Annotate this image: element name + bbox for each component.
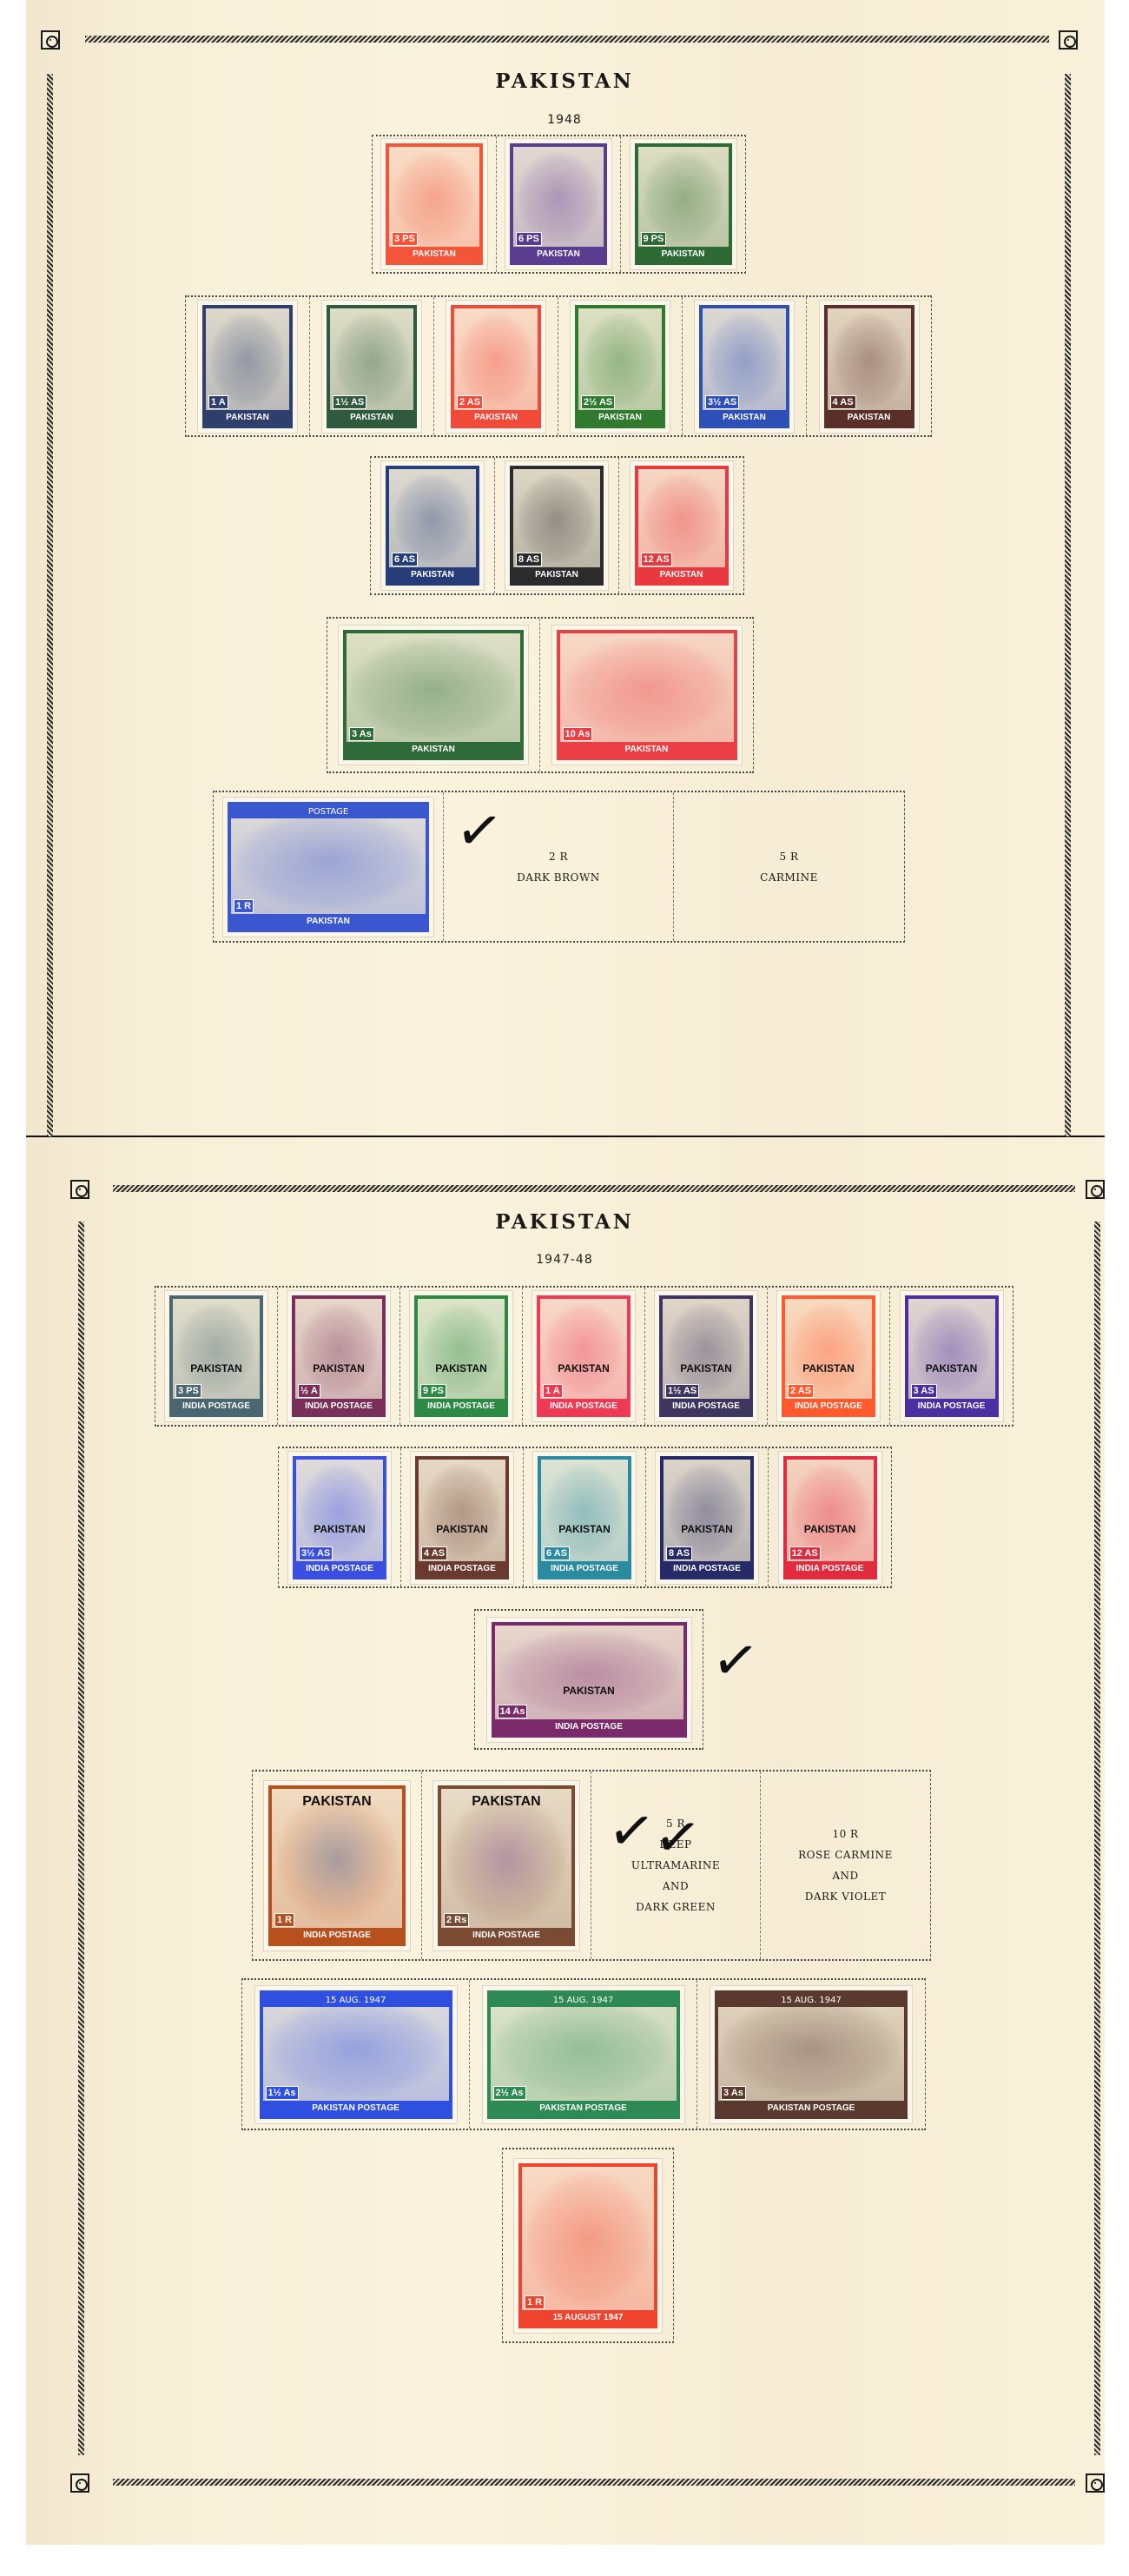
stamp-denomination: 4 AS	[830, 395, 856, 409]
stamp-denomination: 1 A	[543, 1384, 563, 1398]
stamp-vignette	[545, 1304, 622, 1394]
stamp-vignette	[178, 1304, 254, 1394]
stamp-overprint: PAKISTAN	[296, 1523, 383, 1535]
page-title: PAKISTAN	[0, 1210, 1129, 1234]
stamp-overprint: PAKISTAN	[418, 1362, 505, 1374]
stamp-overprint: PAKISTAN	[663, 1362, 749, 1374]
stamp-label: PAKISTAN	[513, 247, 604, 262]
stamp-vignette	[300, 1304, 377, 1394]
stamp-space: INDIA POSTAGE14 AsPAKISTAN	[475, 1611, 703, 1748]
stamp-space: PAKISTAN8 AS	[495, 458, 619, 593]
stamp-denomination: 3 PS	[392, 232, 418, 246]
stamp-space: PAKISTAN9 PS	[621, 136, 745, 272]
space-color-name: ROSE CARMINE	[798, 1844, 893, 1865]
stamp-label: INDIA POSTAGE	[419, 1561, 505, 1576]
issue-year: 1948	[0, 113, 1129, 127]
stamp[interactable]: PAKISTAN2 AS	[451, 305, 541, 428]
stamp-label: INDIA POSTAGE	[418, 1399, 505, 1414]
stamp-vignette	[496, 1999, 671, 2096]
stamp-space: PAKISTAN6 PS	[497, 136, 621, 272]
stamp-top-text: 15 AUG. 1947	[491, 1994, 677, 2007]
checkmark-icon: ✓✓	[604, 1801, 704, 1869]
stamp-vignette	[584, 314, 657, 406]
stamp-label: INDIA POSTAGE	[272, 1928, 402, 1943]
stamp-vignette	[546, 1465, 623, 1557]
stamp-space: INDIA POSTAGE1½ ASPAKISTAN	[645, 1288, 768, 1425]
stamp-label: PAKISTAN	[330, 410, 413, 425]
stamp[interactable]: INDIA POSTAGE8 ASPAKISTAN	[660, 1456, 754, 1579]
stamp[interactable]: PAKISTAN8 AS	[510, 466, 604, 586]
stamp[interactable]: INDIA POSTAGE1½ ASPAKISTAN	[659, 1295, 753, 1417]
stamp-denomination: 2½ As	[493, 2086, 526, 2100]
stamp-label: INDIA POSTAGE	[441, 1928, 571, 1943]
stamp-vignette	[518, 152, 598, 242]
stamp-vignette	[394, 474, 471, 563]
corner-ornament-icon	[1086, 2473, 1105, 2493]
stamp-row: INDIA POSTAGE14 AsPAKISTAN	[474, 1609, 703, 1750]
stamp-vignette	[527, 2172, 649, 2306]
stamp-space: INDIA POSTAGE2 RsPAKISTAN	[422, 1771, 591, 1959]
stamp-overprint: PAKISTAN	[441, 1794, 571, 1810]
stamp-label: PAKISTAN POSTAGE	[491, 2101, 677, 2116]
stamp-space: INDIA POSTAGE1 APAKISTAN	[523, 1288, 645, 1425]
space-value: 10 R	[832, 1824, 858, 1844]
corner-ornament-icon	[70, 2473, 89, 2493]
stamp-denomination: 1 R	[274, 1913, 294, 1927]
stamp[interactable]: PAKISTAN1½ AS	[327, 305, 417, 428]
stamp-overprint: PAKISTAN	[541, 1523, 628, 1535]
stamp-vignette	[914, 1304, 990, 1394]
stamp-vignette	[500, 1631, 678, 1715]
space-color-name: DARK VIOLET	[805, 1886, 887, 1907]
stamp-vignette	[708, 314, 781, 406]
rope-border-bottom	[113, 2479, 1075, 2486]
stamp-label: INDIA POSTAGE	[908, 1399, 995, 1414]
stamp-space: PAKISTAN3 PS	[373, 136, 497, 272]
stamp-space: INDIA POSTAGE3 PSPAKISTAN	[155, 1288, 278, 1425]
stamp-label: INDIA POSTAGE	[663, 1399, 749, 1414]
stamp[interactable]: INDIA POSTAGE3 PSPAKISTAN	[169, 1295, 263, 1417]
stamp-denomination: 8 AS	[516, 553, 542, 566]
stamp-space: INDIA POSTAGE8 ASPAKISTAN	[646, 1448, 769, 1586]
stamp-row: INDIA POSTAGE3½ ASPAKISTANINDIA POSTAGE4…	[278, 1447, 892, 1588]
stamp-vignette	[518, 474, 595, 563]
stamp-denomination: 4 AS	[421, 1546, 447, 1560]
space-color-name: DARK BROWN	[517, 867, 600, 888]
checkmark-icon: ✓	[452, 801, 506, 863]
stamp-space: PAKISTAN10 As	[540, 619, 753, 771]
stamp-space: INDIA POSTAGE9 PSPAKISTAN	[400, 1288, 523, 1425]
stamp-vignette	[277, 1794, 397, 1924]
stamp-space: PAKISTAN12 AS	[619, 458, 743, 593]
stamp-space: 15 AUGUST 19471 R	[503, 2149, 673, 2341]
stamp-label: PAKISTAN	[513, 567, 600, 582]
stamp-denomination: 2 Rs	[444, 1913, 469, 1927]
stamp-vignette	[446, 1794, 566, 1924]
stamp[interactable]: INDIA POSTAGE2 ASPAKISTAN	[782, 1295, 875, 1417]
space-color-name: AND	[663, 1876, 689, 1897]
stamp-label: INDIA POSTAGE	[296, 1561, 383, 1576]
stamp[interactable]: PAKISTAN9 PS	[635, 143, 732, 265]
stamp-label: PAKISTAN	[231, 914, 426, 929]
corner-ornament-icon	[1086, 1180, 1105, 1199]
stamp-overprint: PAKISTAN	[787, 1523, 874, 1535]
stamp-denomination: 2 AS	[457, 395, 483, 409]
rope-border-top	[113, 1185, 1075, 1192]
stamp-denomination: 10 As	[563, 727, 593, 741]
stamp-space: PAKISTAN4 AS	[807, 297, 931, 435]
stamp-overprint: PAKISTAN	[908, 1362, 995, 1374]
stamp[interactable]: PAKISTAN3½ AS	[699, 305, 789, 428]
stamp[interactable]: INDIA POSTAGE12 ASPAKISTAN	[783, 1456, 877, 1579]
stamp-label: 15 AUGUST 1947	[522, 2310, 654, 2325]
stamp-space: 15 AUG. 1947PAKISTAN POSTAGE2½ As	[470, 1980, 697, 2129]
stamp-row: PAKISTAN6 ASPAKISTAN8 ASPAKISTAN12 AS	[370, 456, 744, 595]
stamp-top-text: POSTAGE	[231, 805, 426, 818]
stamp-space: INDIA POSTAGE6 ASPAKISTAN	[524, 1448, 646, 1586]
stamp-vignette	[792, 1465, 868, 1557]
stamp[interactable]: INDIA POSTAGE4 ASPAKISTAN	[415, 1456, 509, 1579]
stamp-vignette	[644, 152, 723, 242]
stamp-vignette	[668, 1304, 744, 1394]
stamp-overprint: PAKISTAN	[540, 1362, 627, 1374]
stamp-denomination: 9 PS	[641, 232, 667, 246]
space-color-name: DARK GREEN	[636, 1897, 716, 1917]
stamp-denomination: 2 AS	[788, 1384, 814, 1398]
stamp-denomination: 3 PS	[175, 1384, 201, 1398]
stamp-denomination: 1 R	[234, 899, 254, 913]
stamp-row: PAKISTAN1 APAKISTAN1½ ASPAKISTAN2 ASPAKI…	[185, 295, 932, 437]
stamp-space: PAKISTAN6 AS	[371, 458, 495, 593]
stamp-vignette	[723, 1999, 899, 2096]
stamp-label: PAKISTAN	[347, 742, 520, 757]
stamp-space: INDIA POSTAGE½ APAKISTAN	[278, 1288, 400, 1425]
stamp-top-text: 15 AUG. 1947	[263, 1994, 449, 2007]
stamp-label: PAKISTAN	[206, 410, 289, 425]
stamp[interactable]: 15 AUG. 1947PAKISTAN POSTAGE1½ As	[260, 1990, 452, 2119]
stamp-label: PAKISTAN	[454, 410, 538, 425]
stamp-label: PAKISTAN	[828, 410, 911, 425]
stamp-label: PAKISTAN	[638, 247, 729, 262]
stamp-space: INDIA POSTAGE1 RPAKISTAN	[253, 1771, 422, 1959]
stamp[interactable]: INDIA POSTAGE9 PSPAKISTAN	[414, 1295, 508, 1417]
stamp-label: PAKISTAN	[638, 567, 725, 582]
stamp-denomination: ½ A	[298, 1384, 320, 1398]
stamp[interactable]: 15 AUGUST 19471 R	[518, 2163, 657, 2328]
stamp-overprint: PAKISTAN	[785, 1362, 872, 1374]
stamp-denomination: 3½ AS	[705, 395, 739, 409]
stamp[interactable]: PAKISTAN6 AS	[386, 466, 479, 586]
stamp-vignette	[790, 1304, 867, 1394]
page-divider	[26, 1136, 1105, 1137]
page-title: PAKISTAN	[0, 70, 1129, 93]
stamp-row: 15 AUG. 1947PAKISTAN POSTAGE1½ As15 AUG.…	[241, 1978, 926, 2130]
stamp-space: PAKISTAN1½ AS	[310, 297, 434, 435]
stamp[interactable]: 15 AUG. 1947PAKISTAN POSTAGE2½ As	[487, 1990, 680, 2119]
stamp-label: INDIA POSTAGE	[173, 1399, 260, 1414]
issue-year: 1947-48	[0, 1253, 1129, 1267]
stamp-space: 15 AUG. 1947PAKISTAN POSTAGE3 As	[697, 1980, 925, 2129]
stamp[interactable]: PAKISTAN1 A	[202, 305, 293, 428]
rope-border-left	[78, 1222, 84, 2455]
stamp-denomination: 14 As	[498, 1705, 528, 1718]
stamp-row: PAKISTAN3 PSPAKISTAN6 PSPAKISTAN9 PS	[372, 135, 746, 274]
stamp-denomination: 12 AS	[641, 553, 672, 566]
stamp-denomination: 6 AS	[544, 1546, 570, 1560]
corner-ornament-icon	[70, 1180, 89, 1199]
stamp[interactable]: INDIA POSTAGE2 RsPAKISTAN	[438, 1785, 575, 1946]
stamp[interactable]: PAKISTAN10 As	[557, 630, 737, 760]
stamp[interactable]: PAKISTAN4 AS	[824, 305, 914, 428]
stamp-row: POSTAGEPAKISTAN1 R2 RDARK BROWN5 RCARMIN…	[213, 791, 905, 943]
stamp-vignette	[669, 1465, 745, 1557]
stamp-label: PAKISTAN	[703, 410, 786, 425]
stamp-denomination: 3 As	[349, 727, 374, 741]
stamp-label: INDIA POSTAGE	[495, 1719, 683, 1734]
stamp-denomination: 12 AS	[789, 1546, 821, 1560]
stamp-space: 15 AUG. 1947PAKISTAN POSTAGE1½ As	[242, 1980, 470, 2129]
empty-stamp-space: 10 RROSE CARMINEANDDARK VIOLET	[761, 1771, 930, 1959]
stamp-overprint: PAKISTAN	[419, 1523, 505, 1535]
stamp-label: PAKISTAN	[389, 567, 476, 582]
stamp[interactable]: PAKISTAN12 AS	[635, 466, 729, 586]
stamp[interactable]: INDIA POSTAGE1 RPAKISTAN	[268, 1785, 406, 1946]
stamp-overprint: PAKISTAN	[173, 1362, 260, 1374]
stamp-denomination: 2½ AS	[581, 395, 615, 409]
stamp-space: PAKISTAN2½ AS	[558, 297, 683, 435]
rope-border-left	[47, 74, 53, 1136]
stamp-denomination: 1 R	[525, 2295, 545, 2309]
stamp-vignette	[236, 811, 420, 910]
stamp-denomination: 3 As	[721, 2086, 746, 2100]
stamp[interactable]: PAKISTAN6 PS	[510, 143, 607, 265]
stamp-space: INDIA POSTAGE3½ ASPAKISTAN	[279, 1448, 401, 1586]
stamp-label: INDIA POSTAGE	[541, 1561, 628, 1576]
stamp-space: PAKISTAN2 AS	[434, 297, 558, 435]
stamp-label: INDIA POSTAGE	[295, 1399, 382, 1414]
stamp-space: PAKISTAN3 As	[327, 619, 540, 771]
stamp-label: PAKISTAN	[578, 410, 662, 425]
stamp-denomination: 6 PS	[516, 232, 542, 246]
stamp-space: INDIA POSTAGE12 ASPAKISTAN	[769, 1448, 891, 1586]
stamp-space: INDIA POSTAGE3 ASPAKISTAN	[890, 1288, 1013, 1425]
stamp[interactable]: POSTAGEPAKISTAN1 R	[228, 802, 429, 932]
empty-stamp-space: 5 RCARMINE	[674, 792, 904, 941]
stamp-denomination: 1½ As	[266, 2086, 299, 2100]
stamp-denomination: 3 AS	[911, 1384, 937, 1398]
stamp-vignette	[352, 639, 515, 738]
stamp-label: INDIA POSTAGE	[664, 1561, 750, 1576]
stamp[interactable]: 15 AUG. 1947PAKISTAN POSTAGE3 As	[715, 1990, 908, 2119]
stamp-space: PAKISTAN3½ AS	[683, 297, 807, 435]
stamp-label: PAKISTAN	[560, 742, 734, 757]
stamp[interactable]: PAKISTAN2½ AS	[575, 305, 665, 428]
space-color-name: AND	[832, 1865, 858, 1886]
stamp-label: INDIA POSTAGE	[787, 1561, 874, 1576]
stamp-denomination: 1½ AS	[665, 1384, 699, 1398]
stamp-row: INDIA POSTAGE1 RPAKISTANINDIA POSTAGE2 R…	[252, 1770, 931, 1961]
stamp-space: INDIA POSTAGE2 ASPAKISTAN	[768, 1288, 890, 1425]
stamp-row: 15 AUGUST 19471 R	[502, 2148, 674, 2343]
stamp-vignette	[211, 314, 284, 406]
stamp-denomination: 8 AS	[666, 1546, 692, 1560]
stamp-overprint: PAKISTAN	[272, 1794, 402, 1810]
stamp-label: PAKISTAN POSTAGE	[263, 2101, 449, 2116]
stamp-overprint: PAKISTAN	[295, 1362, 382, 1374]
corner-ornament-icon	[1059, 30, 1078, 50]
stamp-vignette	[833, 314, 906, 406]
stamp-label: INDIA POSTAGE	[540, 1399, 627, 1414]
stamp-space: INDIA POSTAGE4 ASPAKISTAN	[401, 1448, 524, 1586]
stamp-vignette	[644, 474, 720, 563]
rope-border-right	[1065, 74, 1071, 1136]
stamp[interactable]: INDIA POSTAGE6 ASPAKISTAN	[538, 1456, 631, 1579]
stamp[interactable]: INDIA POSTAGE1 APAKISTAN	[537, 1295, 631, 1417]
stamp[interactable]: PAKISTAN3 PS	[386, 143, 483, 265]
stamp-vignette	[424, 1465, 500, 1557]
space-color-name: CARMINE	[760, 867, 818, 888]
stamp-row: PAKISTAN3 AsPAKISTAN10 As	[327, 617, 754, 773]
stamp-vignette	[459, 314, 532, 406]
stamp-label: INDIA POSTAGE	[785, 1399, 872, 1414]
stamp-row: INDIA POSTAGE3 PSPAKISTANINDIA POSTAGE½ …	[155, 1286, 1013, 1427]
stamp-space: PAKISTAN1 A	[186, 297, 310, 435]
stamp[interactable]: INDIA POSTAGE½ APAKISTAN	[292, 1295, 386, 1417]
stamp-denomination: 3½ AS	[299, 1546, 333, 1560]
space-value: 2 R	[549, 846, 568, 867]
stamp-vignette	[301, 1465, 378, 1557]
stamp[interactable]: INDIA POSTAGE3 ASPAKISTAN	[905, 1295, 999, 1417]
corner-ornament-icon	[41, 30, 60, 50]
stamp-overprint: PAKISTAN	[495, 1685, 683, 1697]
stamp-vignette	[423, 1304, 499, 1394]
stamp[interactable]: PAKISTAN3 As	[343, 630, 524, 760]
stamp[interactable]: INDIA POSTAGE3½ ASPAKISTAN	[293, 1456, 386, 1579]
stamp-label: PAKISTAN POSTAGE	[718, 2101, 904, 2116]
stamp-denomination: 1 A	[208, 395, 228, 409]
stamp-top-text: 15 AUG. 1947	[718, 1994, 904, 2007]
stamp-denomination: 6 AS	[392, 553, 418, 566]
stamp-denomination: 1½ AS	[333, 395, 366, 409]
stamp-vignette	[565, 639, 729, 738]
stamp-vignette	[268, 1999, 444, 2096]
checkmark-icon: ✓	[709, 1631, 763, 1692]
rope-border-top	[85, 36, 1049, 43]
stamp-label: PAKISTAN	[389, 247, 479, 262]
space-value: 5 R	[780, 846, 799, 867]
stamp-vignette	[394, 152, 474, 242]
rope-border-right	[1094, 1222, 1100, 2455]
stamp-overprint: PAKISTAN	[664, 1523, 750, 1535]
stamp-vignette	[335, 314, 408, 406]
stamp-denomination: 9 PS	[420, 1384, 446, 1398]
stamp-space: POSTAGEPAKISTAN1 R	[214, 792, 444, 941]
stamp[interactable]: INDIA POSTAGE14 AsPAKISTAN	[492, 1622, 687, 1738]
